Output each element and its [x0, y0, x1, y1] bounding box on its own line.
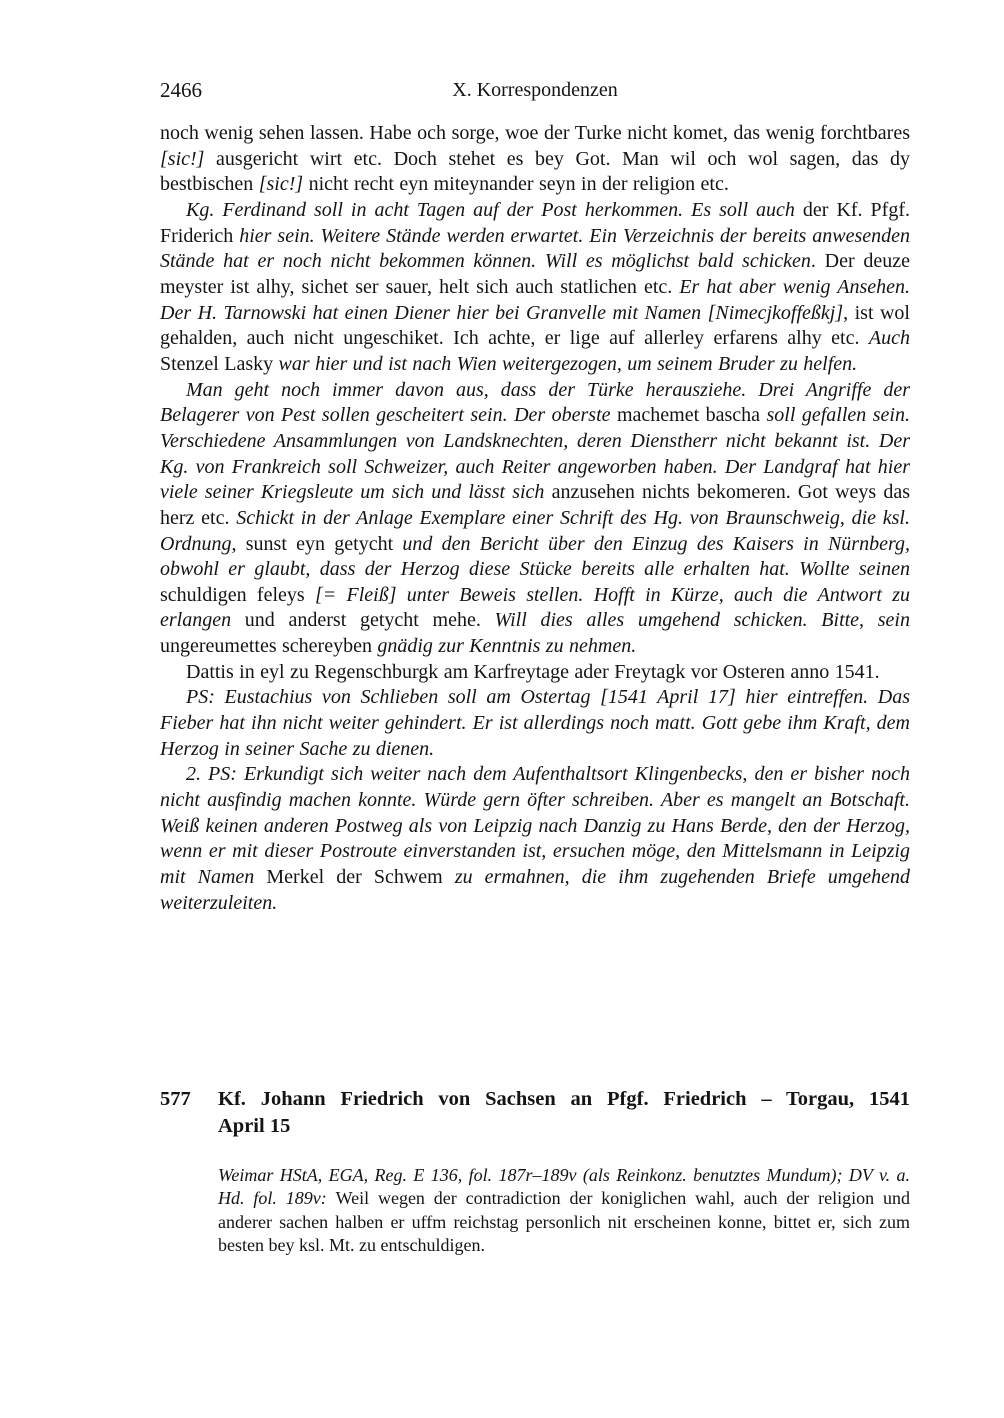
paragraph-dateline: Dattis in eyl zu Regenschburgk am Karfre…: [160, 660, 910, 686]
entry-577: 577 Kf. Johann Friedrich von Sachsen an …: [160, 1086, 910, 1257]
text-segment-italic: PS: Eustachius von Schlieben soll am Ost…: [160, 686, 910, 759]
running-head: 2466 X. Korrespondenzen: [160, 78, 910, 104]
paragraph-postscript-2: 2. PS: Erkundigt sich weiter nach dem Au…: [160, 762, 910, 916]
paragraph: Kg. Ferdinand soll in acht Tagen auf der…: [160, 198, 910, 378]
text-segment-italic: [sic!]: [160, 148, 204, 170]
entry-title-line2: April 15: [218, 1113, 910, 1140]
text-segment: , sunst eyn getycht: [231, 533, 402, 555]
entry-number: 577: [160, 1086, 218, 1139]
text-segment: Merkel der Schwem: [266, 866, 454, 888]
paragraph: Man geht noch immer davon aus, dass der …: [160, 378, 910, 660]
text-segment: Stenzel Lasky: [160, 353, 279, 375]
page-number: 2466: [160, 78, 202, 102]
text-segment-italic: war hier und ist nach Wien weitergezogen…: [279, 353, 858, 375]
entry-title: Kf. Johann Friedrich von Sachsen an Pfgf…: [218, 1086, 910, 1139]
text-segment-italic: Kg. Ferdinand soll in acht Tagen auf der…: [186, 199, 803, 221]
text-segment-italic: gnädig zur Kenntnis zu nehmen.: [377, 635, 636, 657]
entry-heading: 577 Kf. Johann Friedrich von Sachsen an …: [160, 1086, 910, 1139]
text-segment-italic: hier sein. Weitere Stände werden erwarte…: [160, 225, 910, 273]
text-segment: ungereumettes schereyben: [160, 635, 377, 657]
text-segment: und anderst getycht mehe.: [245, 609, 495, 631]
text-segment-italic: [sic!]: [259, 173, 303, 195]
text-segment-italic: Will dies alles umgehend schicken. Bitte…: [495, 609, 910, 631]
running-title: X. Korrespondenzen: [160, 78, 910, 102]
entry-source-reference: Weimar HStA, EGA, Reg. E 136, fol. 187r–…: [218, 1164, 910, 1257]
text-segment: Dattis in eyl zu Regenschburgk am Karfre…: [186, 661, 880, 683]
text-segment: schuldigen feleys: [160, 584, 315, 606]
entry-title-line1: Kf. Johann Friedrich von Sachsen an Pfgf…: [218, 1086, 910, 1113]
paragraph-continuation: noch wenig sehen lassen. Habe och sorge,…: [160, 121, 910, 198]
letter-body: noch wenig sehen lassen. Habe och sorge,…: [160, 121, 910, 916]
book-page: 2466 X. Korrespondenzen noch wenig sehen…: [0, 0, 1004, 1418]
text-segment: machemet bascha: [617, 404, 767, 426]
text-segment: noch wenig sehen lassen. Habe och sorge,…: [160, 122, 910, 144]
text-segment-italic: Auch: [869, 327, 910, 349]
paragraph-postscript: PS: Eustachius von Schlieben soll am Ost…: [160, 685, 910, 762]
text-segment: nicht recht eyn miteynander seyn in der …: [303, 173, 729, 195]
